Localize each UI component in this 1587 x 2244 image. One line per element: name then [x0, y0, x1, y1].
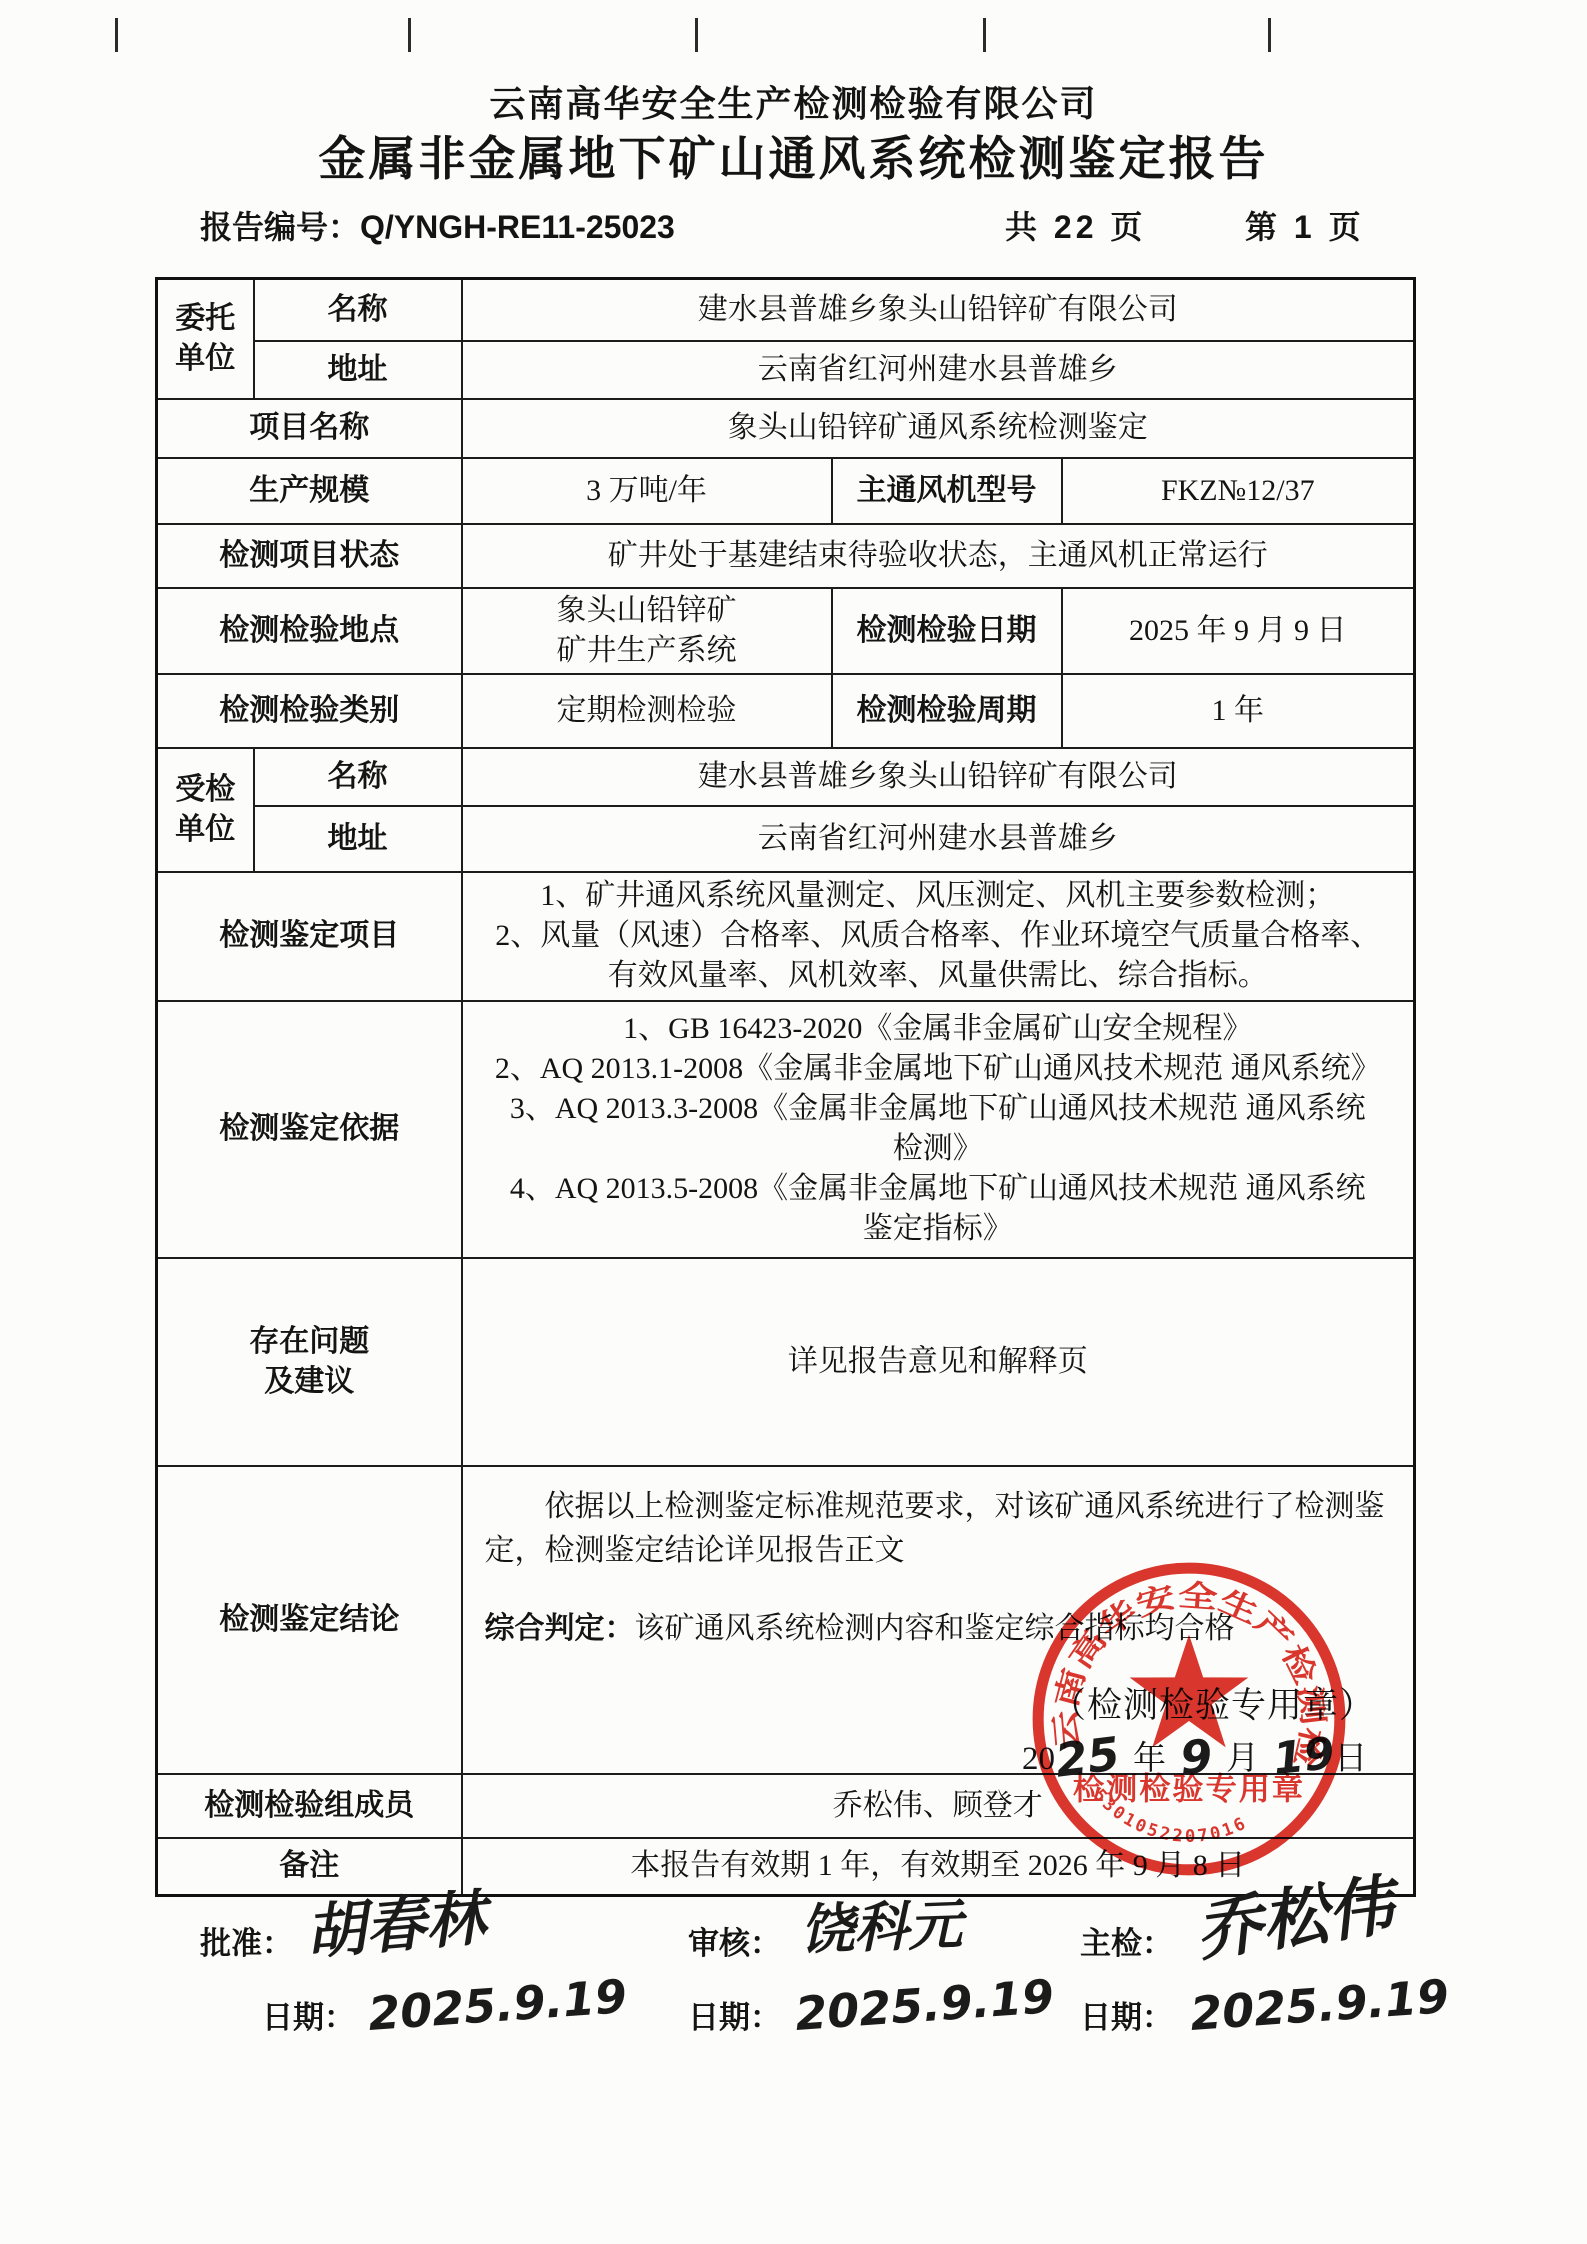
inspect-date-value: 2025 年 9 月 9 日 — [1062, 588, 1415, 674]
scan-tick-mark — [408, 18, 411, 52]
table-row-category-cycle: 检测检验类别 定期检测检验 检测检验周期 1 年 — [157, 674, 1415, 748]
cycle-value: 1 年 — [1062, 674, 1415, 748]
status-value: 矿井处于基建结束待验收状态，主通风机正常运行 — [462, 524, 1415, 588]
approve-date-handwritten: 2025.9.19 — [366, 1969, 628, 2041]
inspected-name-label: 名称 — [254, 748, 462, 806]
approve-date-label: 日期： — [262, 1992, 355, 2037]
chief-label: 主检： — [1080, 1918, 1173, 1963]
scale-label: 生产规模 — [157, 458, 462, 524]
chief-date-handwritten: 2025.9.19 — [1188, 1969, 1450, 2041]
items-value: 1、矿井通风系统风量测定、风压测定、风机主要参数检测； 2、风量（风速）合格率、… — [462, 872, 1415, 1001]
problems-label: 存在问题 及建议 — [157, 1258, 462, 1466]
chief-date-label: 日期： — [1080, 1992, 1173, 2037]
category-label: 检测检验类别 — [157, 674, 462, 748]
client-name-label: 名称 — [254, 279, 462, 341]
scan-tick-mark — [695, 18, 698, 52]
company-seal-stamp: 云南高华安全生产检测检验有限公司 5301052207016 检测检验专用章 — [1013, 1546, 1365, 1898]
client-group-label: 委托单位 — [157, 279, 254, 399]
project-name-value: 象头山铅锌矿通风系统检测鉴定 — [462, 399, 1415, 458]
status-label: 检测项目状态 — [157, 524, 462, 588]
problems-value: 详见报告意见和解释页 — [462, 1258, 1415, 1466]
table-row-items: 检测鉴定项目 1、矿井通风系统风量测定、风压测定、风机主要参数检测； 2、风量（… — [157, 872, 1415, 1001]
table-row-project-name: 项目名称 象头山铅锌矿通风系统检测鉴定 — [157, 399, 1415, 458]
table-row-client-name: 委托单位 名称 建水县普雄乡象头山铅锌矿有限公司 — [157, 279, 1415, 341]
category-value: 定期检测检验 — [462, 674, 832, 748]
fan-model-label: 主通风机型号 — [832, 458, 1062, 524]
review-date-label: 日期： — [688, 1992, 781, 2037]
inspected-addr-label: 地址 — [254, 806, 462, 872]
report-number: 报告编号：Q/YNGH-RE11-25023 — [200, 202, 675, 248]
report-number-line: 报告编号：Q/YNGH-RE11-25023 共 22 页 第 1 页 — [155, 202, 1413, 252]
client-addr-value: 云南省红河州建水县普雄乡 — [462, 341, 1415, 399]
table-row-basis: 检测鉴定依据 1、GB 16423-2020《金属非金属矿山安全规程》 2、AQ… — [157, 1001, 1415, 1258]
total-pages: 共 22 页 — [1005, 202, 1146, 248]
basis-label: 检测鉴定依据 — [157, 1001, 462, 1258]
inspected-name-value: 建水县普雄乡象头山铅锌矿有限公司 — [462, 748, 1415, 806]
location-label: 检测检验地点 — [157, 588, 462, 674]
review-label: 审核： — [688, 1918, 781, 1963]
items-label: 检测鉴定项目 — [157, 872, 462, 1001]
client-addr-label: 地址 — [254, 341, 462, 399]
cycle-label: 检测检验周期 — [832, 674, 1062, 748]
table-row-status: 检测项目状态 矿井处于基建结束待验收状态，主通风机正常运行 — [157, 524, 1415, 588]
scan-tick-mark — [115, 18, 118, 52]
fan-model-value: FKZ№12/37 — [1062, 458, 1415, 524]
scan-tick-mark — [983, 18, 986, 52]
table-row-client-addr: 地址 云南省红河州建水县普雄乡 — [157, 341, 1415, 399]
company-title: 云南高华安全生产检测检验有限公司 — [0, 76, 1587, 127]
review-date-handwritten: 2025.9.19 — [793, 1969, 1055, 2041]
project-name-label: 项目名称 — [157, 399, 462, 458]
table-row-location-date: 检测检验地点 象头山铅锌矿 矿井生产系统 检测检验日期 2025 年 9 月 9… — [157, 588, 1415, 674]
table-row-scale: 生产规模 3 万吨/年 主通风机型号 FKZ№12/37 — [157, 458, 1415, 524]
location-value: 象头山铅锌矿 矿井生产系统 — [462, 588, 832, 674]
review-signature-handwritten: 饶科元 — [799, 1882, 964, 1965]
svg-text:云南高华安全生产检测检验有限公司: 云南高华安全生产检测检验有限公司 — [1013, 1546, 1330, 1771]
approve-signature-handwritten: 胡春林 — [302, 1870, 489, 1971]
stamp-banner-text: 检测检验专用章 — [1073, 1771, 1305, 1806]
stamp-ring-text: 云南高华安全生产检测检验有限公司 — [1013, 1546, 1330, 1771]
stamp-star-icon — [1130, 1635, 1249, 1748]
conclusion-label: 检测鉴定结论 — [157, 1466, 462, 1774]
conclusion-verdict-label: 综合判定： — [485, 1612, 635, 1645]
team-label: 检测检验组成员 — [157, 1774, 462, 1838]
inspected-group-label: 受检单位 — [157, 748, 254, 872]
scan-tick-mark — [1268, 18, 1271, 52]
approve-label: 批准： — [200, 1918, 293, 1963]
basis-value: 1、GB 16423-2020《金属非金属矿山安全规程》 2、AQ 2013.1… — [462, 1001, 1415, 1258]
inspect-date-label: 检测检验日期 — [832, 588, 1062, 674]
inspected-addr-value: 云南省红河州建水县普雄乡 — [462, 806, 1415, 872]
scanned-report-page: 云南高华安全生产检测检验有限公司 金属非金属地下矿山通风系统检测鉴定报告 报告编… — [0, 0, 1587, 2244]
table-row-problems: 存在问题 及建议 详见报告意见和解释页 — [157, 1258, 1415, 1466]
report-title: 金属非金属地下矿山通风系统检测鉴定报告 — [0, 122, 1587, 189]
current-page: 第 1 页 — [1245, 202, 1365, 248]
table-row-inspected-addr: 地址 云南省红河州建水县普雄乡 — [157, 806, 1415, 872]
scale-value: 3 万吨/年 — [462, 458, 832, 524]
table-row-inspected-name: 受检单位 名称 建水县普雄乡象头山铅锌矿有限公司 — [157, 748, 1415, 806]
client-name-value: 建水县普雄乡象头山铅锌矿有限公司 — [462, 279, 1415, 341]
